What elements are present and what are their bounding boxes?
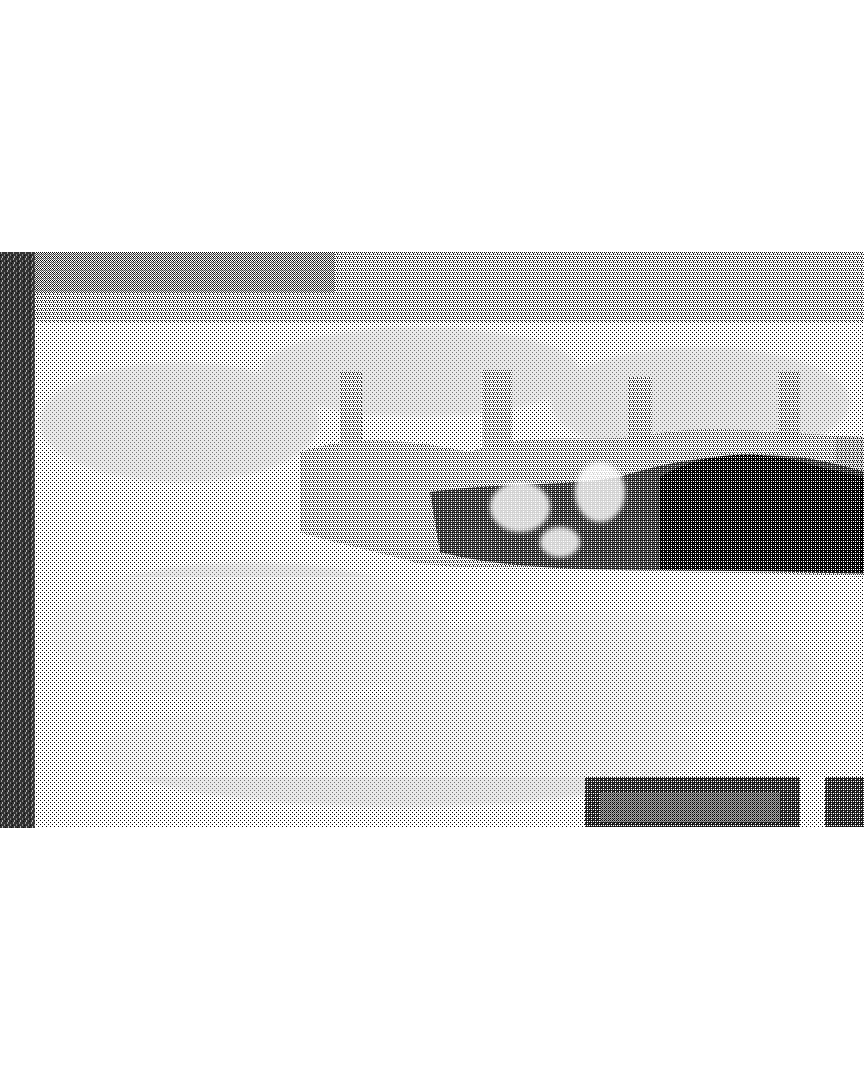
halftone-photo: Dithered black-and-white halftone photog… (0, 252, 864, 828)
foreground-field (35, 577, 864, 777)
photo-canvas (0, 252, 864, 828)
